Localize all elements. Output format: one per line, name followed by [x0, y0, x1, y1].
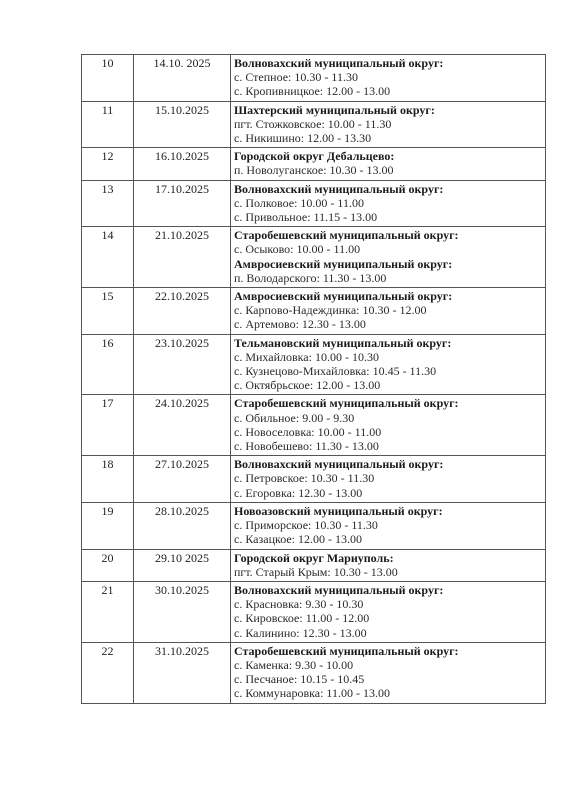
table-row: 1827.10.2025Волновахский муниципальный о… [82, 456, 546, 503]
table-row: 2231.10.2025Старобешевский муниципальный… [82, 642, 546, 703]
district-heading: Новоазовский муниципальный округ: [234, 504, 545, 518]
date-cell: 17.10.2025 [134, 180, 231, 227]
table-row: 1421.10.2025Старобешевский муниципальный… [82, 227, 546, 288]
district-heading: Волновахский муниципальный округ: [234, 457, 545, 471]
stop-time-entry: с. Карпово-Надеждинка: 10.30 - 12.00 [234, 303, 545, 317]
schedule-table: 1014.10. 2025Волновахский муниципальный … [81, 54, 546, 704]
stop-time-entry: с. Новобешево: 11.30 - 13.00 [234, 439, 545, 453]
table-row: 1216.10.2025Городской округ Дебальцево:п… [82, 148, 546, 180]
table-row: 1014.10. 2025Волновахский муниципальный … [82, 55, 546, 102]
district-heading: Старобешевский муниципальный округ: [234, 396, 545, 410]
table-row: 1115.10.2025Шахтерский муниципальный окр… [82, 101, 546, 148]
stop-time-entry: с. Осыково: 10.00 - 11.00 [234, 242, 545, 256]
row-number-cell: 19 [82, 502, 134, 549]
table-row: 1623.10.2025Тельмановский муниципальный … [82, 334, 546, 395]
date-cell: 24.10.2025 [134, 395, 231, 456]
row-number-cell: 20 [82, 549, 134, 581]
district-heading: Старобешевский муниципальный округ: [234, 644, 545, 658]
location-cell: Тельмановский муниципальный округ:с. Мих… [231, 334, 546, 395]
row-number-cell: 21 [82, 581, 134, 642]
document-page: 1014.10. 2025Волновахский муниципальный … [0, 0, 565, 800]
district-heading: Волновахский муниципальный округ: [234, 583, 545, 597]
stop-time-entry: с. Кировское: 11.00 - 12.00 [234, 611, 545, 625]
table-row: 1522.10.2025Амвросиевский муниципальный … [82, 288, 546, 335]
table-row: 1928.10.2025Новоазовский муниципальный о… [82, 502, 546, 549]
location-cell: Городской округ Дебальцево:п. Новолуганс… [231, 148, 546, 180]
stop-time-entry: с. Петровское: 10.30 - 11.30 [234, 471, 545, 485]
date-cell: 23.10.2025 [134, 334, 231, 395]
row-number-cell: 11 [82, 101, 134, 148]
stop-time-entry: пгт. Старый Крым: 10.30 - 13.00 [234, 565, 545, 579]
table-row: 1724.10.2025Старобешевский муниципальный… [82, 395, 546, 456]
stop-time-entry: с. Михайловка: 10.00 - 10.30 [234, 350, 545, 364]
row-number-cell: 16 [82, 334, 134, 395]
district-heading: Волновахский муниципальный округ: [234, 182, 545, 196]
row-number-cell: 22 [82, 642, 134, 703]
table-row: 1317.10.2025Волновахский муниципальный о… [82, 180, 546, 227]
row-number-cell: 18 [82, 456, 134, 503]
row-number-cell: 17 [82, 395, 134, 456]
stop-time-entry: п. Новолуганское: 10.30 - 13.00 [234, 163, 545, 177]
stop-time-entry: с. Октябрьское: 12.00 - 13.00 [234, 378, 545, 392]
location-cell: Городской округ Мариуполь:пгт. Старый Кр… [231, 549, 546, 581]
stop-time-entry: пгт. Стожковское: 10.00 - 11.30 [234, 117, 545, 131]
table-row: 2130.10.2025Волновахский муниципальный о… [82, 581, 546, 642]
location-cell: Старобешевский муниципальный округ:с. Об… [231, 395, 546, 456]
stop-time-entry: с. Калинино: 12.30 - 13.00 [234, 626, 545, 640]
date-cell: 22.10.2025 [134, 288, 231, 335]
district-heading: Амвросиевский муниципальный округ: [234, 257, 545, 271]
date-cell: 29.10 2025 [134, 549, 231, 581]
location-cell: Волновахский муниципальный округ:с. Крас… [231, 581, 546, 642]
date-cell: 15.10.2025 [134, 101, 231, 148]
row-number-cell: 12 [82, 148, 134, 180]
location-cell: Волновахский муниципальный округ:с. Степ… [231, 55, 546, 102]
row-number-cell: 15 [82, 288, 134, 335]
stop-time-entry: с. Коммунаровка: 11.00 - 13.00 [234, 686, 545, 700]
district-heading: Старобешевский муниципальный округ: [234, 228, 545, 242]
district-heading: Амвросиевский муниципальный округ: [234, 289, 545, 303]
row-number-cell: 14 [82, 227, 134, 288]
location-cell: Амвросиевский муниципальный округ:с. Кар… [231, 288, 546, 335]
stop-time-entry: с. Полковое: 10.00 - 11.00 [234, 196, 545, 210]
date-cell: 14.10. 2025 [134, 55, 231, 102]
location-cell: Волновахский муниципальный округ:с. Петр… [231, 456, 546, 503]
date-cell: 28.10.2025 [134, 502, 231, 549]
stop-time-entry: с. Привольное: 11.15 - 13.00 [234, 210, 545, 224]
stop-time-entry: с. Кропивницкое: 12.00 - 13.00 [234, 84, 545, 98]
schedule-table-body: 1014.10. 2025Волновахский муниципальный … [82, 55, 546, 704]
stop-time-entry: с. Егоровка: 12.30 - 13.00 [234, 486, 545, 500]
stop-time-entry: с. Степное: 10.30 - 11.30 [234, 70, 545, 84]
stop-time-entry: с. Никишино: 12.00 - 13.30 [234, 131, 545, 145]
stop-time-entry: с. Новоселовка: 10.00 - 11.00 [234, 425, 545, 439]
district-heading: Тельмановский муниципальный округ: [234, 336, 545, 350]
location-cell: Волновахский муниципальный округ:с. Полк… [231, 180, 546, 227]
stop-time-entry: с. Красновка: 9.30 - 10.30 [234, 597, 545, 611]
district-heading: Волновахский муниципальный округ: [234, 56, 545, 70]
district-heading: Городской округ Мариуполь: [234, 551, 545, 565]
stop-time-entry: с. Обильное: 9.00 - 9.30 [234, 411, 545, 425]
stop-time-entry: с. Казацкое: 12.00 - 13.00 [234, 532, 545, 546]
row-number-cell: 13 [82, 180, 134, 227]
date-cell: 21.10.2025 [134, 227, 231, 288]
row-number-cell: 10 [82, 55, 134, 102]
stop-time-entry: с. Приморское: 10.30 - 11.30 [234, 518, 545, 532]
location-cell: Старобешевский муниципальный округ:с. Ка… [231, 642, 546, 703]
date-cell: 16.10.2025 [134, 148, 231, 180]
stop-time-entry: с. Артемово: 12.30 - 13.00 [234, 317, 545, 331]
stop-time-entry: с. Каменка: 9.30 - 10.00 [234, 658, 545, 672]
table-row: 2029.10 2025Городской округ Мариуполь:пг… [82, 549, 546, 581]
location-cell: Шахтерский муниципальный округ:пгт. Стож… [231, 101, 546, 148]
location-cell: Новоазовский муниципальный округ:с. Прим… [231, 502, 546, 549]
stop-time-entry: с. Песчаное: 10.15 - 10.45 [234, 672, 545, 686]
stop-time-entry: п. Володарского: 11.30 - 13.00 [234, 271, 545, 285]
district-heading: Шахтерский муниципальный округ: [234, 103, 545, 117]
stop-time-entry: с. Кузнецово-Михайловка: 10.45 - 11.30 [234, 364, 545, 378]
date-cell: 27.10.2025 [134, 456, 231, 503]
location-cell: Старобешевский муниципальный округ:с. Ос… [231, 227, 546, 288]
date-cell: 31.10.2025 [134, 642, 231, 703]
district-heading: Городской округ Дебальцево: [234, 149, 545, 163]
date-cell: 30.10.2025 [134, 581, 231, 642]
